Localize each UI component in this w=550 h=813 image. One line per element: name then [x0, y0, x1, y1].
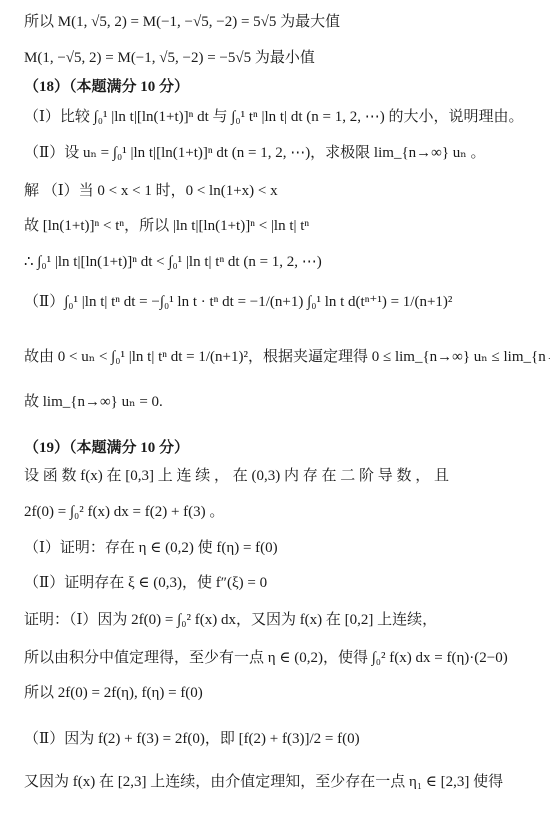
heading-problem-19: （19）（本题满分 10 分） — [24, 438, 189, 458]
proof-19-line-1: 证明：（Ⅰ）因为 2f(0) = ∫₀² f(x) dx，又因为 f(x) 在 … — [24, 610, 437, 630]
text-line-min-value: M(1, −√5, 2) = M(−1, √5, −2) = −5√5 为最小值 — [24, 48, 315, 68]
proof-19-part-2-line-2: 又因为 f(x) 在 [2,3] 上连续，由介值定理知，至少存在一点 η₁ ∈ … — [24, 772, 503, 792]
solution-18-conclusion: 故 lim_{n→∞} uₙ = 0. — [24, 392, 163, 412]
problem-18-part-2: （Ⅱ）设 uₙ = ∫₀¹ |ln t|[ln(1+t)]ⁿ dt (n = 1… — [24, 143, 486, 163]
proof-19-line-2: 所以由积分中值定理得，至少有一点 η ∈ (0,2)，使得 ∫₀² f(x) d… — [24, 648, 508, 668]
problem-19-statement-1: 设 函 数 f(x) 在 [0,3] 上 连 续 ， 在 (0,3) 内 存 在… — [24, 466, 449, 486]
proof-19-line-3: 所以 2f(0) = 2f(η), f(η) = f(0) — [24, 683, 203, 703]
problem-19-part-1: （Ⅰ）证明：存在 η ∈ (0,2) 使 f(η) = f(0) — [24, 538, 278, 558]
problem-19-statement-2: 2f(0) = ∫₀² f(x) dx = f(2) + f(3) 。 — [24, 502, 224, 522]
solution-18-line-1: 解 （Ⅰ）当 0 < x < 1 时，0 < ln(1+x) < x — [24, 181, 278, 201]
solution-18-line-2: 故 [ln(1+t)]ⁿ < tⁿ，所以 |ln t|[ln(1+t)]ⁿ < … — [24, 216, 309, 236]
problem-18-part-1: （Ⅰ）比较 ∫₀¹ |ln t|[ln(1+t)]ⁿ dt 与 ∫₀¹ tⁿ |… — [24, 107, 523, 127]
problem-19-part-2: （Ⅱ）证明存在 ξ ∈ (0,3)，使 f″(ξ) = 0 — [24, 573, 267, 593]
proof-19-part-2-line-1: （Ⅱ）因为 f(2) + f(3) = 2f(0)，即 [f(2) + f(3)… — [24, 729, 360, 749]
solution-18-part-2-line-2: 故由 0 < uₙ < ∫₀¹ |ln t| tⁿ dt = 1/(n+1)²，… — [24, 347, 550, 367]
heading-problem-18: （18）（本题满分 10 分） — [24, 77, 189, 97]
solution-18-line-3: ∴ ∫₀¹ |ln t|[ln(1+t)]ⁿ dt < ∫₀¹ |ln t| t… — [24, 252, 322, 272]
text-line-max-value: 所以 M(1, √5, 2) = M(−1, −√5, −2) = 5√5 为最… — [24, 12, 340, 32]
solution-18-part-2-line-1: （Ⅱ）∫₀¹ |ln t| tⁿ dt = −∫₀¹ ln t · tⁿ dt … — [24, 292, 452, 312]
